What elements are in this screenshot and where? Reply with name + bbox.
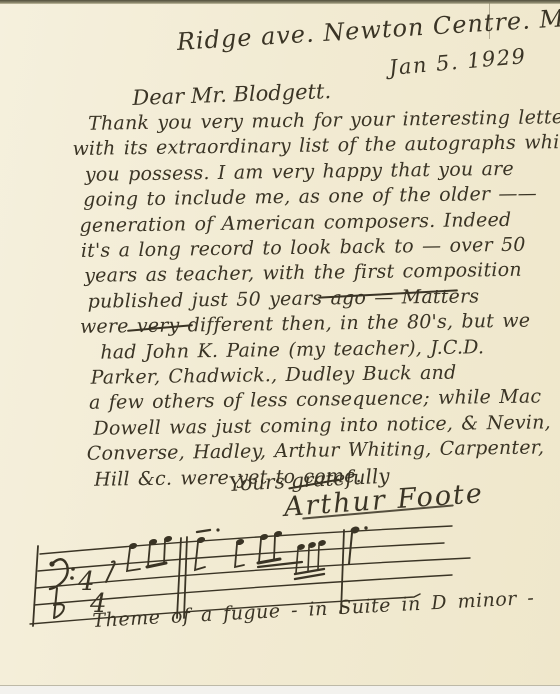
note-group-measure-1: [127, 535, 173, 571]
scan-top-edge: [0, 0, 560, 4]
letter-body: Thank you very much for your interesting…: [70, 105, 560, 493]
music-staff: 4 4: [0, 518, 500, 648]
letter-page: Ridge ave. Newton Centre. Mass Jan 5. 19…: [0, 0, 560, 694]
note-group-measure-3: [349, 525, 368, 564]
date-line: Jan 5. 1929: [388, 44, 527, 80]
salutation: Dear Mr. Blodgett.: [132, 79, 331, 110]
scan-bottom-edge: [0, 685, 560, 694]
